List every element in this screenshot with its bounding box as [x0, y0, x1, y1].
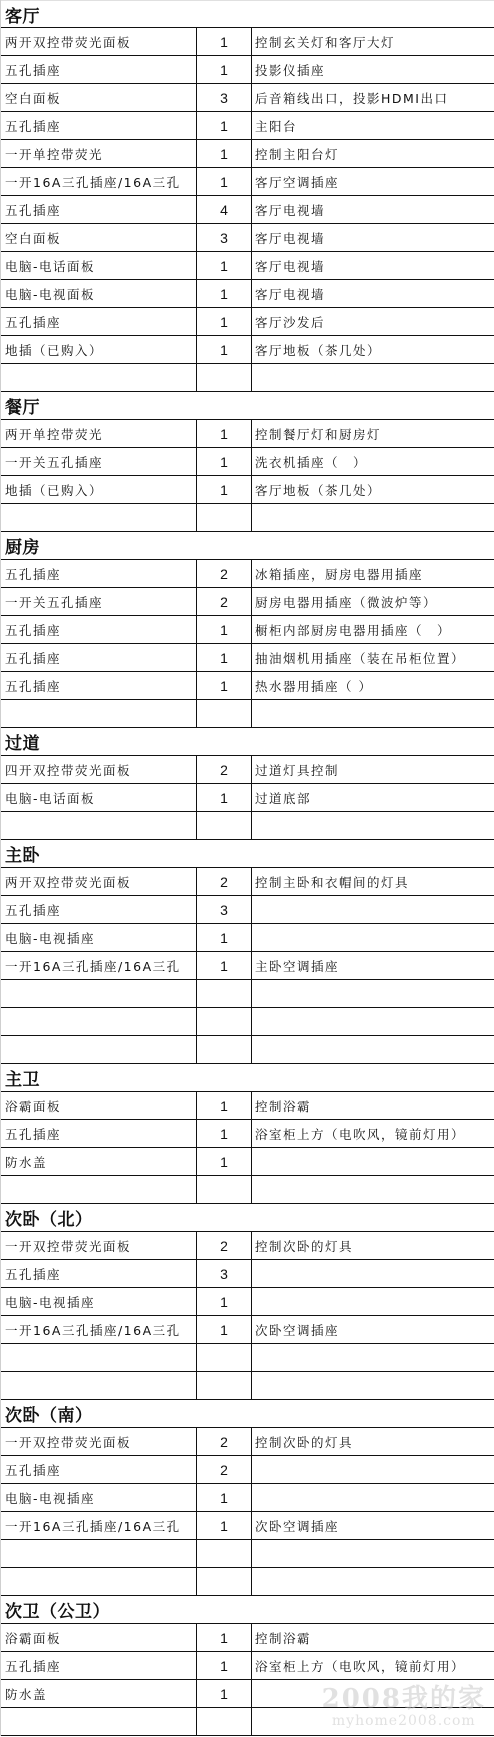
- item-cell: 浴霸面板: [1, 1092, 197, 1119]
- item-cell: 五孔插座: [1, 896, 197, 923]
- table-row: [1, 504, 494, 532]
- note-cell: [252, 896, 494, 923]
- quantity-cell: 2: [197, 868, 252, 895]
- item-cell: 五孔插座: [1, 1260, 197, 1287]
- quantity-cell: 1: [197, 1680, 252, 1707]
- item-cell: 五孔插座: [1, 56, 197, 83]
- room-section: 餐厅两开单控带荧光1控制餐厅灯和厨房灯一开关五孔插座1洗衣机插座（ ）地插（已购…: [1, 392, 494, 532]
- quantity-cell: 1: [197, 1120, 252, 1147]
- quantity-cell: 3: [197, 84, 252, 111]
- table-row: 五孔插座1浴室柜上方（电吹风，镜前灯用）: [1, 1120, 494, 1148]
- quantity-cell: 2: [197, 1428, 252, 1455]
- item-cell: [1, 700, 197, 727]
- quantity-cell: 1: [197, 28, 252, 55]
- room-section: 厨房五孔插座2冰箱插座，厨房电器用插座一开关五孔插座2厨房电器用插座（微波炉等）…: [1, 532, 494, 728]
- table-row: [1, 364, 494, 392]
- table-row: [1, 1036, 494, 1064]
- table-row: 电脑-电视插座1: [1, 1288, 494, 1316]
- table-row: 五孔插座1橱柜内部厨房电器用插座（ ）: [1, 616, 494, 644]
- table-row: 五孔插座2: [1, 1456, 494, 1484]
- quantity-cell: 1: [197, 168, 252, 195]
- note-cell: 过道灯具控制: [252, 756, 494, 783]
- table-row: 电脑-电话面板1过道底部: [1, 784, 494, 812]
- table-row: 四开双控带荧光面板2过道灯具控制: [1, 756, 494, 784]
- room-section: 客厅两开双控带荧光面板1控制玄关灯和客厅大灯五孔插座1投影仪插座空白面板3后音箱…: [1, 0, 494, 392]
- note-cell: 后音箱线出口，投影HDMI出口: [252, 84, 494, 111]
- item-cell: 防水盖: [1, 1680, 197, 1707]
- quantity-cell: 2: [197, 1456, 252, 1483]
- quantity-cell: 1: [197, 1484, 252, 1511]
- note-cell: 控制次卧的灯具: [252, 1232, 494, 1259]
- room-title: 客厅: [1, 0, 494, 28]
- item-cell: 一开双控带荧光面板: [1, 1428, 197, 1455]
- item-cell: 地插（已购入）: [1, 476, 197, 503]
- note-cell: [252, 1008, 494, 1035]
- quantity-cell: [197, 1708, 252, 1735]
- table-row: 五孔插座1热水器用插座（ ）: [1, 672, 494, 700]
- table-row: [1, 812, 494, 840]
- quantity-cell: 1: [197, 644, 252, 671]
- table-row: 一开16A三孔插座/16A三孔1客厅空调插座: [1, 168, 494, 196]
- item-cell: 五孔插座: [1, 1456, 197, 1483]
- table-row: 两开双控带荧光面板1控制玄关灯和客厅大灯: [1, 28, 494, 56]
- note-cell: [252, 364, 494, 391]
- item-cell: 电脑-电视插座: [1, 1288, 197, 1315]
- note-cell: 橱柜内部厨房电器用插座（ ）: [252, 616, 494, 643]
- quantity-cell: [197, 1036, 252, 1063]
- table-row: 一开双控带荧光面板2控制次卧的灯具: [1, 1232, 494, 1260]
- quantity-cell: [197, 980, 252, 1007]
- item-cell: 四开双控带荧光面板: [1, 756, 197, 783]
- table-row: 防水盖1: [1, 1148, 494, 1176]
- quantity-cell: 1: [197, 140, 252, 167]
- note-cell: 抽油烟机用插座（装在吊柜位置）: [252, 644, 494, 671]
- table-row: 防水盖1: [1, 1680, 494, 1708]
- quantity-cell: 1: [197, 784, 252, 811]
- note-cell: 厨房电器用插座（微波炉等）: [252, 588, 494, 615]
- item-cell: 五孔插座: [1, 308, 197, 335]
- table-row: 一开关五孔插座1洗衣机插座（ ）: [1, 448, 494, 476]
- note-cell: 控制主阳台灯: [252, 140, 494, 167]
- room-title: 次卫（公卫）: [1, 1596, 494, 1624]
- note-cell: 客厅空调插座: [252, 168, 494, 195]
- item-cell: 电脑-电视插座: [1, 924, 197, 951]
- item-cell: 电脑-电视面板: [1, 280, 197, 307]
- switch-socket-list-sheet: 客厅两开双控带荧光面板1控制玄关灯和客厅大灯五孔插座1投影仪插座空白面板3后音箱…: [0, 0, 494, 1736]
- item-cell: [1, 812, 197, 839]
- item-cell: 地插（已购入）: [1, 336, 197, 363]
- quantity-cell: 2: [197, 756, 252, 783]
- item-cell: 一开关五孔插座: [1, 588, 197, 615]
- note-cell: 洗衣机插座（ ）: [252, 448, 494, 475]
- item-cell: 浴霸面板: [1, 1624, 197, 1651]
- quantity-cell: 1: [197, 1624, 252, 1651]
- quantity-cell: 1: [197, 448, 252, 475]
- note-cell: [252, 1260, 494, 1287]
- item-cell: 两开单控带荧光: [1, 420, 197, 447]
- note-cell: 客厅电视墙: [252, 196, 494, 223]
- item-cell: [1, 1344, 197, 1371]
- quantity-cell: 1: [197, 924, 252, 951]
- quantity-cell: 3: [197, 1260, 252, 1287]
- note-cell: 控制主卧和衣帽间的灯具: [252, 868, 494, 895]
- note-cell: 控制餐厅灯和厨房灯: [252, 420, 494, 447]
- note-cell: [252, 1456, 494, 1483]
- item-cell: 一开双控带荧光面板: [1, 1232, 197, 1259]
- quantity-cell: 1: [197, 1148, 252, 1175]
- item-cell: [1, 1708, 197, 1735]
- quantity-cell: 3: [197, 896, 252, 923]
- item-cell: [1, 1372, 197, 1399]
- note-cell: 主卧空调插座: [252, 952, 494, 979]
- item-cell: 电脑-电话面板: [1, 252, 197, 279]
- table-row: 一开16A三孔插座/16A三孔1主卧空调插座: [1, 952, 494, 980]
- quantity-cell: 1: [197, 1652, 252, 1679]
- note-cell: [252, 1708, 494, 1735]
- note-cell: [252, 980, 494, 1007]
- item-cell: [1, 1176, 197, 1203]
- table-row: 电脑-电视面板1客厅电视墙: [1, 280, 494, 308]
- quantity-cell: 2: [197, 588, 252, 615]
- table-row: 空白面板3客厅电视墙: [1, 224, 494, 252]
- quantity-cell: 1: [197, 56, 252, 83]
- quantity-cell: 1: [197, 616, 252, 643]
- note-cell: 客厅地板（茶几处）: [252, 476, 494, 503]
- item-cell: 一开单控带荧光: [1, 140, 197, 167]
- note-cell: 控制玄关灯和客厅大灯: [252, 28, 494, 55]
- table-row: 五孔插座1浴室柜上方（电吹风，镜前灯用）: [1, 1652, 494, 1680]
- quantity-cell: 2: [197, 560, 252, 587]
- quantity-cell: 1: [197, 1288, 252, 1315]
- item-cell: 五孔插座: [1, 560, 197, 587]
- table-row: 地插（已购入）1客厅地板（茶几处）: [1, 476, 494, 504]
- table-row: 五孔插座1投影仪插座: [1, 56, 494, 84]
- item-cell: 五孔插座: [1, 616, 197, 643]
- room-title: 厨房: [1, 532, 494, 560]
- table-row: 电脑-电视插座1: [1, 924, 494, 952]
- note-cell: 次卧空调插座: [252, 1316, 494, 1343]
- quantity-cell: [197, 1008, 252, 1035]
- note-cell: 次卧空调插座: [252, 1512, 494, 1539]
- quantity-cell: [197, 1176, 252, 1203]
- note-cell: [252, 504, 494, 531]
- room-title: 过道: [1, 728, 494, 756]
- note-cell: [252, 1176, 494, 1203]
- quantity-cell: 1: [197, 336, 252, 363]
- item-cell: 一开16A三孔插座/16A三孔: [1, 952, 197, 979]
- room-section: 主卧两开双控带荧光面板2控制主卧和衣帽间的灯具五孔插座3电脑-电视插座1一开16…: [1, 840, 494, 1064]
- quantity-cell: [197, 700, 252, 727]
- quantity-cell: 1: [197, 672, 252, 699]
- room-section: 主卫浴霸面板1控制浴霸五孔插座1浴室柜上方（电吹风，镜前灯用）防水盖1: [1, 1064, 494, 1204]
- item-cell: [1, 1540, 197, 1567]
- table-row: 浴霸面板1控制浴霸: [1, 1092, 494, 1120]
- item-cell: 一开16A三孔插座/16A三孔: [1, 1512, 197, 1539]
- note-cell: [252, 1344, 494, 1371]
- room-title: 餐厅: [1, 392, 494, 420]
- item-cell: 一开16A三孔插座/16A三孔: [1, 168, 197, 195]
- quantity-cell: 1: [197, 1512, 252, 1539]
- note-cell: 过道底部: [252, 784, 494, 811]
- table-row: 五孔插座4客厅电视墙: [1, 196, 494, 224]
- quantity-cell: [197, 1568, 252, 1595]
- item-cell: 电脑-电话面板: [1, 784, 197, 811]
- table-row: 五孔插座3: [1, 896, 494, 924]
- note-cell: [252, 1484, 494, 1511]
- table-row: 两开双控带荧光面板2控制主卧和衣帽间的灯具: [1, 868, 494, 896]
- table-row: [1, 700, 494, 728]
- table-row: [1, 1008, 494, 1036]
- quantity-cell: 2: [197, 1232, 252, 1259]
- note-cell: [252, 700, 494, 727]
- item-cell: [1, 364, 197, 391]
- table-row: 地插（已购入）1客厅地板（茶几处）: [1, 336, 494, 364]
- item-cell: 五孔插座: [1, 644, 197, 671]
- note-cell: 冰箱插座，厨房电器用插座: [252, 560, 494, 587]
- item-cell: 防水盖: [1, 1148, 197, 1175]
- quantity-cell: 1: [197, 476, 252, 503]
- table-row: [1, 1708, 494, 1736]
- note-cell: [252, 1372, 494, 1399]
- note-cell: 热水器用插座（ ）: [252, 672, 494, 699]
- note-cell: 控制浴霸: [252, 1624, 494, 1651]
- item-cell: 两开双控带荧光面板: [1, 868, 197, 895]
- table-row: 电脑-电话面板1客厅电视墙: [1, 252, 494, 280]
- item-cell: [1, 980, 197, 1007]
- note-cell: [252, 1680, 494, 1707]
- quantity-cell: 3: [197, 224, 252, 251]
- quantity-cell: 1: [197, 1092, 252, 1119]
- note-cell: [252, 1148, 494, 1175]
- quantity-cell: [197, 504, 252, 531]
- room-title: 次卧（南）: [1, 1400, 494, 1428]
- quantity-cell: [197, 1344, 252, 1371]
- table-row: 空白面板3后音箱线出口，投影HDMI出口: [1, 84, 494, 112]
- room-section: 过道四开双控带荧光面板2过道灯具控制电脑-电话面板1过道底部: [1, 728, 494, 840]
- table-row: 一开16A三孔插座/16A三孔1次卧空调插座: [1, 1316, 494, 1344]
- table-row: 五孔插座1客厅沙发后: [1, 308, 494, 336]
- note-cell: 浴室柜上方（电吹风，镜前灯用）: [252, 1120, 494, 1147]
- item-cell: 五孔插座: [1, 672, 197, 699]
- item-cell: 五孔插座: [1, 1652, 197, 1679]
- table-row: 一开16A三孔插座/16A三孔1次卧空调插座: [1, 1512, 494, 1540]
- item-cell: 空白面板: [1, 84, 197, 111]
- item-cell: 五孔插座: [1, 1120, 197, 1147]
- table-row: 两开单控带荧光1控制餐厅灯和厨房灯: [1, 420, 494, 448]
- table-row: 一开双控带荧光面板2控制次卧的灯具: [1, 1428, 494, 1456]
- room-section: 次卧（南）一开双控带荧光面板2控制次卧的灯具五孔插座2电脑-电视插座1一开16A…: [1, 1400, 494, 1596]
- table-row: [1, 1540, 494, 1568]
- quantity-cell: 1: [197, 420, 252, 447]
- item-cell: 五孔插座: [1, 196, 197, 223]
- table-row: [1, 1372, 494, 1400]
- item-cell: 空白面板: [1, 224, 197, 251]
- item-cell: [1, 504, 197, 531]
- table-row: [1, 1176, 494, 1204]
- table-row: [1, 1344, 494, 1372]
- table-row: 五孔插座2冰箱插座，厨房电器用插座: [1, 560, 494, 588]
- item-cell: 五孔插座: [1, 112, 197, 139]
- quantity-cell: [197, 812, 252, 839]
- note-cell: 客厅地板（茶几处）: [252, 336, 494, 363]
- room-title: 主卧: [1, 840, 494, 868]
- note-cell: [252, 1540, 494, 1567]
- note-cell: 客厅电视墙: [252, 224, 494, 251]
- note-cell: 控制浴霸: [252, 1092, 494, 1119]
- quantity-cell: 4: [197, 196, 252, 223]
- note-cell: [252, 1568, 494, 1595]
- note-cell: [252, 1288, 494, 1315]
- note-cell: [252, 924, 494, 951]
- quantity-cell: 1: [197, 952, 252, 979]
- table-row: 一开关五孔插座2厨房电器用插座（微波炉等）: [1, 588, 494, 616]
- item-cell: [1, 1008, 197, 1035]
- table-row: 五孔插座1抽油烟机用插座（装在吊柜位置）: [1, 644, 494, 672]
- room-section: 次卧（北）一开双控带荧光面板2控制次卧的灯具五孔插座3电脑-电视插座1一开16A…: [1, 1204, 494, 1400]
- item-cell: 一开16A三孔插座/16A三孔: [1, 1316, 197, 1343]
- note-cell: [252, 1036, 494, 1063]
- note-cell: 客厅电视墙: [252, 252, 494, 279]
- item-cell: [1, 1036, 197, 1063]
- item-cell: [1, 1568, 197, 1595]
- table-row: [1, 1568, 494, 1596]
- quantity-cell: [197, 364, 252, 391]
- quantity-cell: 1: [197, 308, 252, 335]
- room-section: 次卫（公卫）浴霸面板1控制浴霸五孔插座1浴室柜上方（电吹风，镜前灯用）防水盖1: [1, 1596, 494, 1736]
- room-title: 次卧（北）: [1, 1204, 494, 1232]
- table-row: 一开单控带荧光1控制主阳台灯: [1, 140, 494, 168]
- table-row: 电脑-电视插座1: [1, 1484, 494, 1512]
- quantity-cell: 1: [197, 252, 252, 279]
- table-row: 五孔插座1主阳台: [1, 112, 494, 140]
- note-cell: 投影仪插座: [252, 56, 494, 83]
- note-cell: [252, 812, 494, 839]
- table-row: [1, 980, 494, 1008]
- item-cell: 一开关五孔插座: [1, 448, 197, 475]
- note-cell: 客厅沙发后: [252, 308, 494, 335]
- note-cell: 浴室柜上方（电吹风，镜前灯用）: [252, 1652, 494, 1679]
- quantity-cell: [197, 1372, 252, 1399]
- table-row: 浴霸面板1控制浴霸: [1, 1624, 494, 1652]
- note-cell: 主阳台: [252, 112, 494, 139]
- table-row: 五孔插座3: [1, 1260, 494, 1288]
- quantity-cell: [197, 1540, 252, 1567]
- note-cell: 客厅电视墙: [252, 280, 494, 307]
- quantity-cell: 1: [197, 280, 252, 307]
- quantity-cell: 1: [197, 112, 252, 139]
- room-title: 主卫: [1, 1064, 494, 1092]
- note-cell: 控制次卧的灯具: [252, 1428, 494, 1455]
- item-cell: 电脑-电视插座: [1, 1484, 197, 1511]
- quantity-cell: 1: [197, 1316, 252, 1343]
- item-cell: 两开双控带荧光面板: [1, 28, 197, 55]
